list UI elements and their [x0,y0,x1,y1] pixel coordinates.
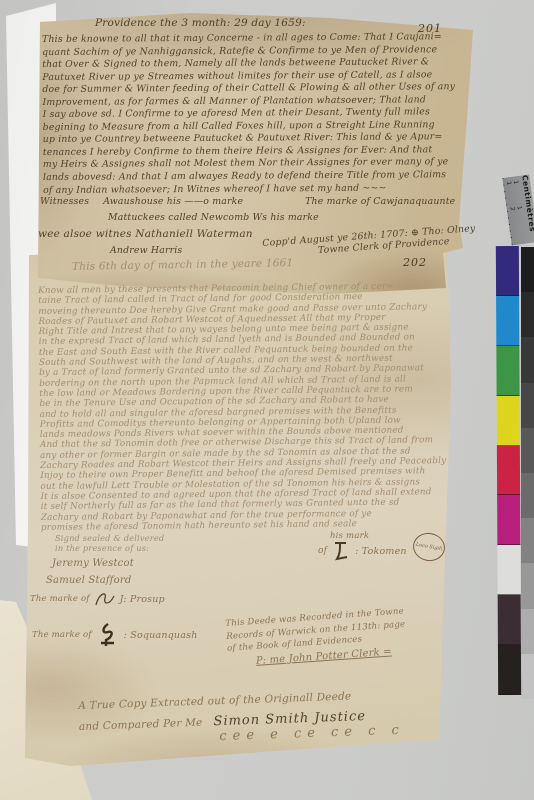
doc1-body-text: This be knowne to all that it may Concer… [42,31,456,197]
gray-step [521,292,534,337]
gray-step [521,518,534,563]
doc2-body-text: Know all men by these presents that Peta… [38,281,447,533]
gray-step [521,563,534,608]
attestation-line2-prefix: and Compared Per Me [79,717,203,733]
scanned-document-photo: This 6th day of march in the yeare 1661 … [0,0,534,800]
gray-step [521,247,534,292]
tokomen-mark-row: of : Tokomen [318,540,407,562]
color-patch [497,446,520,496]
doc1-heading: Providence the 3 month: 29 day 1659: [95,17,306,29]
color-patch [498,645,521,695]
witness-row-1: Witnesses Awaushouse his ——o marke The m… [40,196,455,207]
color-patch [496,296,519,346]
color-patch [497,396,520,446]
color-patch [497,495,520,545]
centimetres-ruler-label: 11 12 Centimètres [502,174,534,245]
tokomen-mark-glyph [332,540,350,562]
marke-label: The marke of [30,594,90,604]
witness-samuel-stafford: Samuel Stafford [46,575,131,586]
gray-step [521,383,534,428]
doc2-page-number: 202 [403,256,427,269]
witness-jeremy-westcot: Jeremy Westcot [52,558,134,569]
color-patch [496,346,519,396]
soquanquash-mark-row: The marke of : Soquanquash [32,622,198,648]
of-label: of [318,546,327,556]
gray-step [521,609,534,654]
grayscale-step-wedge [521,247,534,699]
soquanquash-mark-glyph [98,622,118,648]
witnesses-label: Witnesses [40,196,89,207]
color-patch [498,595,521,645]
marke-label: The marke of [32,630,92,640]
gray-step [521,337,534,382]
cawjanaquaunte-mark: The marke of Cawjanaquaunte [305,196,455,207]
witness-row-4: Andrew Harris [110,245,182,256]
prosup-mark-row: The marke of J: Prosup [30,590,165,608]
prosup-name: J: Prosup [120,594,165,605]
color-calibration-strip [496,246,521,695]
gray-step [521,428,534,473]
tokomen-name: : Tokomen [355,546,407,557]
gray-step [521,473,534,518]
witness-row-2: Mattuckees called Newcomb Ws his marke [108,212,319,223]
signed-line-2: in the presence of us: [55,544,164,554]
color-patch [496,246,519,296]
soquanquash-name: : Soquanquash [124,630,198,641]
awaushouse-mark: Awaushouse his ——o marke [103,196,243,207]
color-patch [497,545,520,595]
doc2-signed-sealed: Signd sealed & delivered in the presence… [55,534,164,553]
gray-step [521,654,534,699]
witness-row-3: wee alsoe witnes Nathaniell Waterman [38,228,253,240]
prosup-mark-glyph [94,590,116,608]
